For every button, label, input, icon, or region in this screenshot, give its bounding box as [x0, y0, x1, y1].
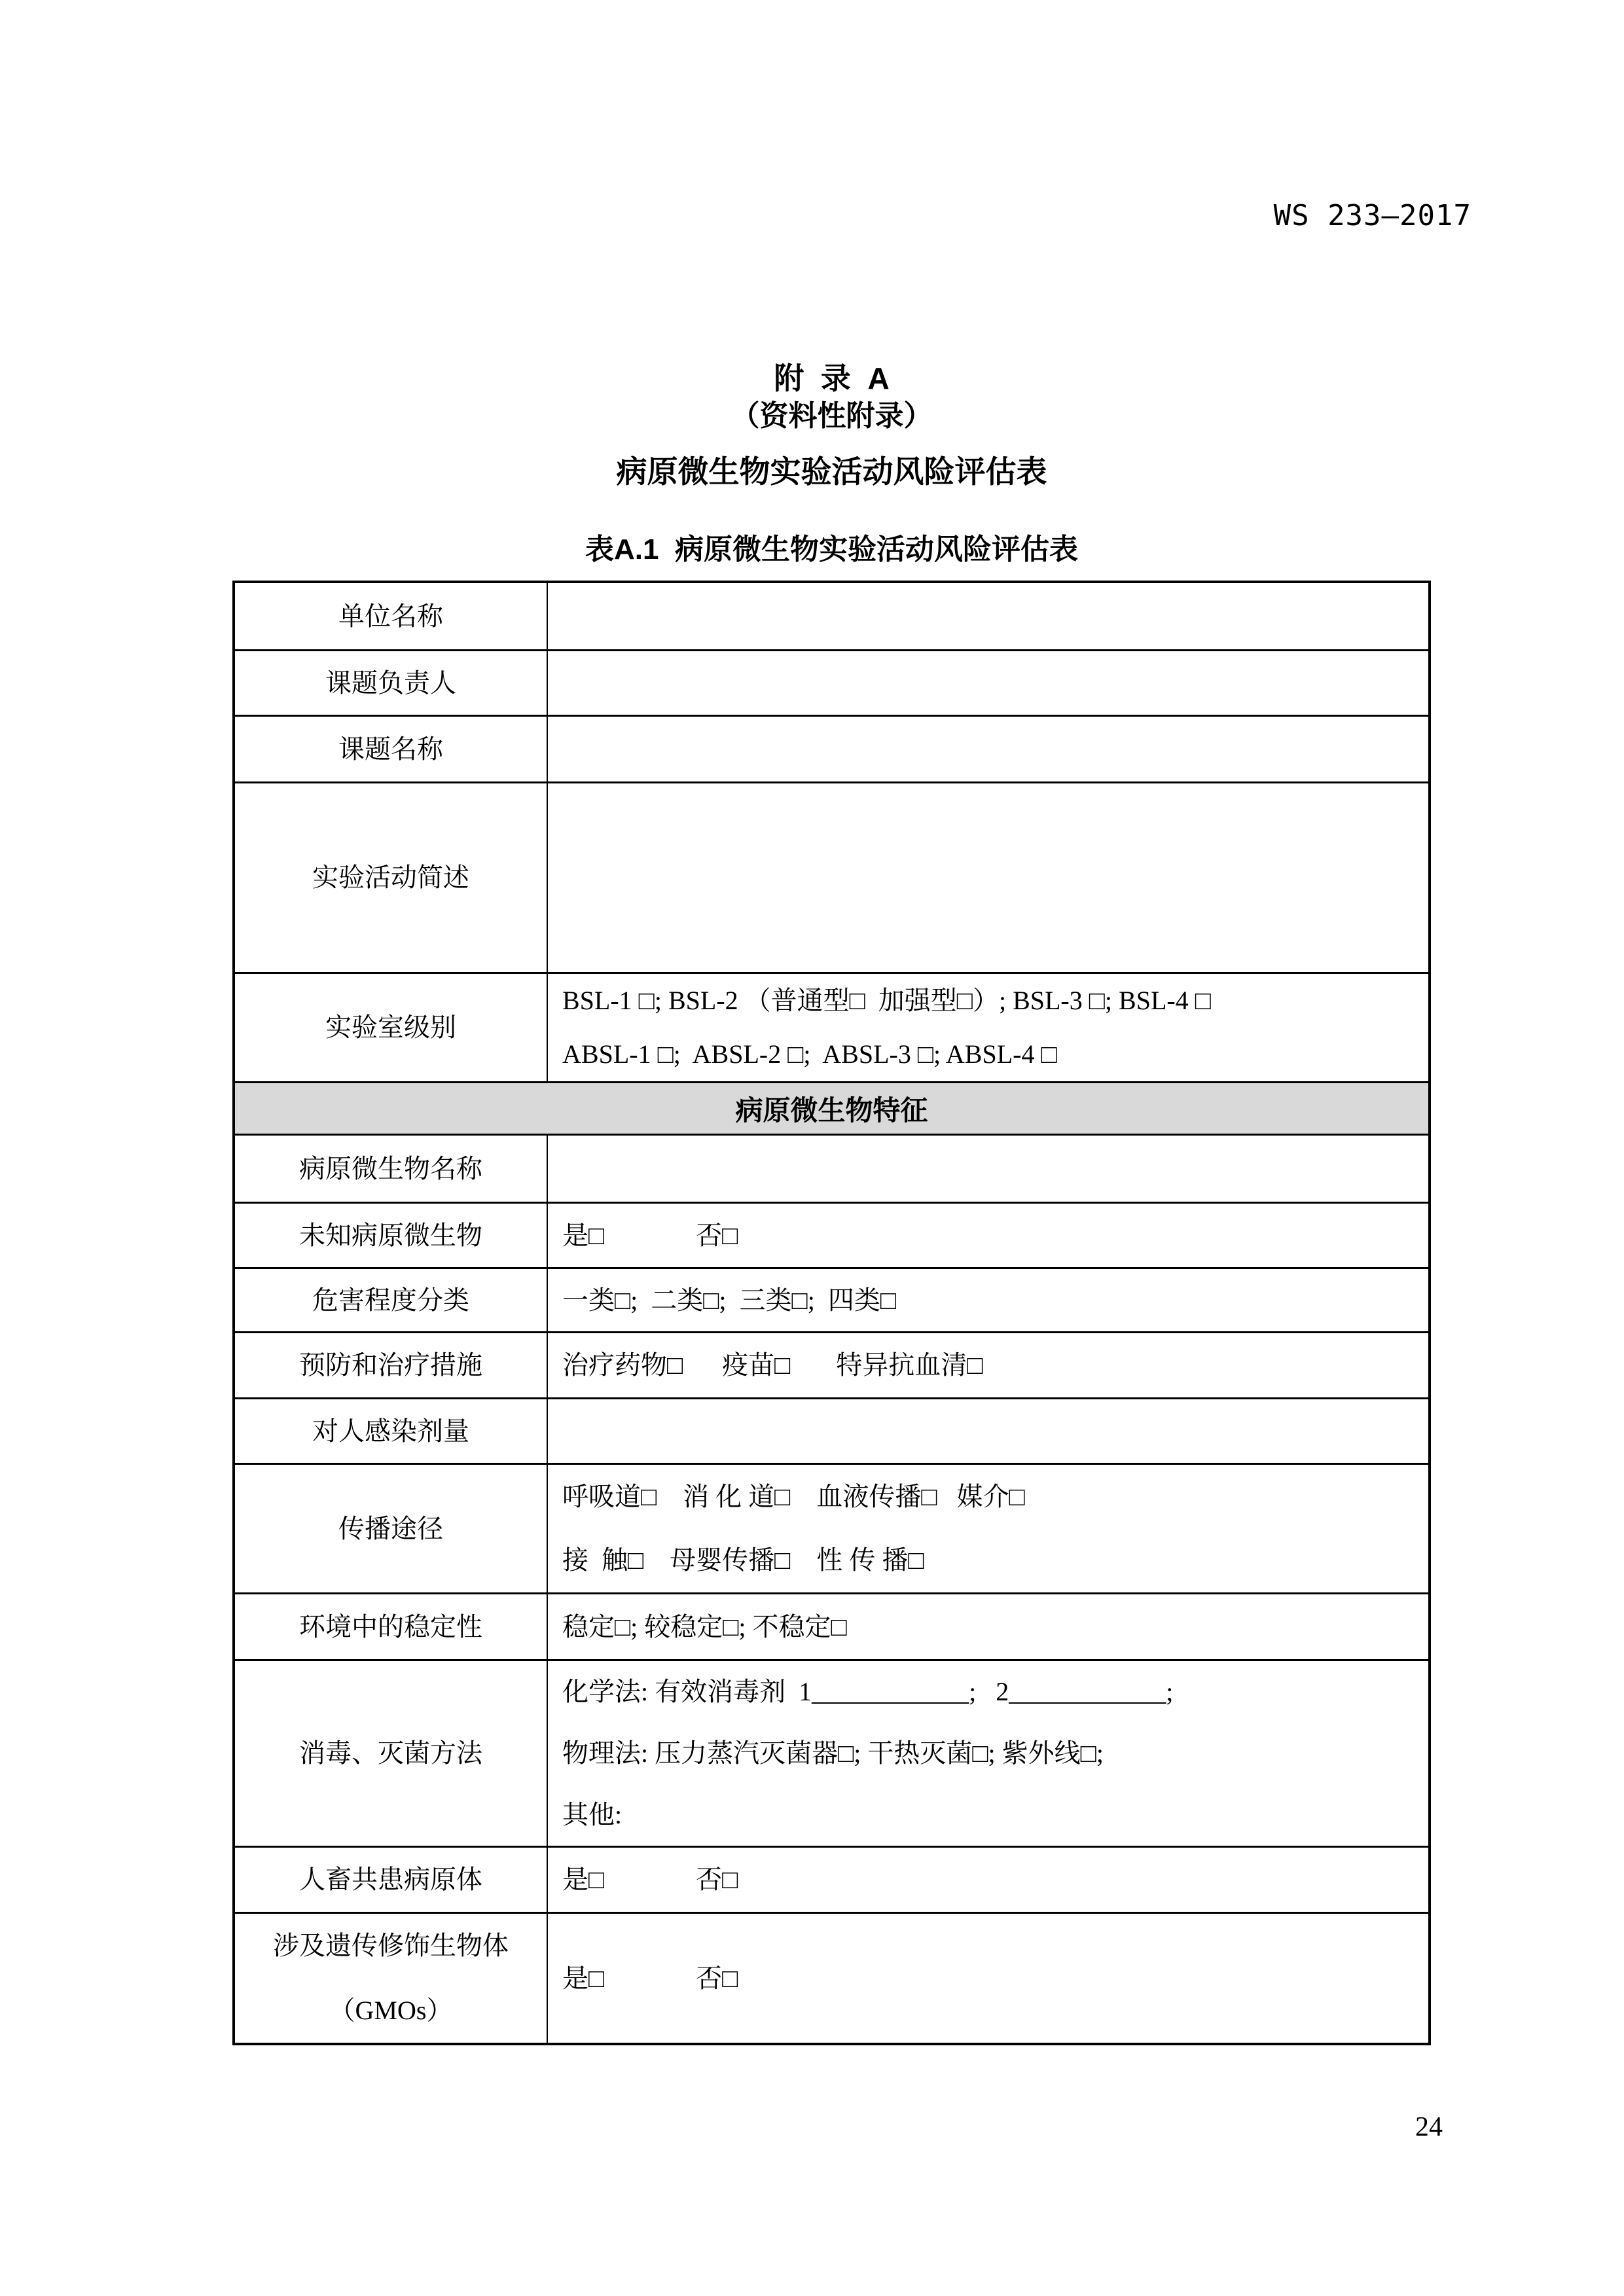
row-label: 实验活动简述: [235, 783, 548, 972]
row-value: [548, 583, 1428, 649]
row-label: 环境中的稳定性: [235, 1594, 548, 1659]
row-label: 病原微生物名称: [235, 1136, 548, 1202]
table-row-activity-description: 实验活动简述: [235, 781, 1428, 972]
row-label-line: （GMOs）: [329, 1994, 453, 2027]
row-value: [548, 651, 1428, 715]
row-value: 呼吸道□ 消 化 道□ 血液传播□ 媒介□ 接 触□ 母婴传播□ 性 传 播□: [548, 1465, 1428, 1592]
row-value: 是□ 否□: [548, 1204, 1428, 1267]
row-value-line: ABSL-1 □; ABSL-2 □; ABSL-3 □; ABSL-4 □: [562, 1038, 1415, 1071]
table-row-infectious-dose: 对人感染剂量: [235, 1397, 1428, 1463]
table-caption: 表A.1 病原微生物实验活动风险评估表: [232, 526, 1431, 567]
appendix-type-note: （资料性附录）: [232, 392, 1431, 434]
row-value-line: 是□ 否□: [562, 1219, 1415, 1252]
row-value-line: 是□ 否□: [562, 1863, 1415, 1896]
row-label-line: 涉及遗传修饰生物体: [273, 1929, 509, 1962]
row-value-line: 一类□; 二类□; 三类□; 四类□: [562, 1284, 1415, 1317]
table-section-header: 病原微生物特征: [235, 1081, 1428, 1134]
row-value: 稳定□; 较稳定□; 不稳定□: [548, 1594, 1428, 1659]
row-label: 课题负责人: [235, 651, 548, 715]
row-label: 未知病原微生物: [235, 1204, 548, 1267]
row-label: 消毒、灭菌方法: [235, 1661, 548, 1846]
row-value-line: 治疗药物□ 疫苗□ 特异抗血清□: [562, 1349, 1415, 1382]
row-value: [548, 783, 1428, 972]
row-value: 一类□; 二类□; 三类□; 四类□: [548, 1269, 1428, 1331]
row-value-line: 物理法: 压力蒸汽灭菌器□; 干热灭菌□; 紫外线□;: [562, 1737, 1415, 1770]
document-page: WS 233—2017 附 录 A （资料性附录） 病原微生物实验活动风险评估表…: [0, 0, 1624, 2296]
row-label: 实验室级别: [235, 974, 548, 1081]
table-row-hazard-class: 危害程度分类 一类□; 二类□; 三类□; 四类□: [235, 1267, 1428, 1331]
table-row-project-leader: 课题负责人: [235, 649, 1428, 715]
row-value: 是□ 否□: [548, 1848, 1428, 1912]
row-value-line: 稳定□; 较稳定□; 不稳定□: [562, 1611, 1415, 1643]
table-row-transmission-route: 传播途径 呼吸道□ 消 化 道□ 血液传播□ 媒介□ 接 触□ 母婴传播□ 性 …: [235, 1463, 1428, 1592]
appendix-title: 病原微生物实验活动风险评估表: [232, 448, 1431, 492]
row-value: 治疗药物□ 疫苗□ 特异抗血清□: [548, 1333, 1428, 1397]
row-value-line: 接 触□ 母婴传播□ 性 传 播□: [562, 1544, 1415, 1577]
row-label: 预防和治疗措施: [235, 1333, 548, 1397]
risk-assessment-table: 单位名称 课题负责人 课题名称 实验活动简述 实验室级别 BSL-1 □; BS…: [232, 581, 1431, 2045]
table-row-disinfection-methods: 消毒、灭菌方法 化学法: 有效消毒剂 1____________; 2_____…: [235, 1659, 1428, 1846]
row-label: 单位名称: [235, 583, 548, 649]
row-label: 传播途径: [235, 1465, 548, 1592]
table-row-project-title: 课题名称: [235, 715, 1428, 781]
row-label: 人畜共患病原体: [235, 1848, 548, 1912]
table-row-pathogen-name: 病原微生物名称: [235, 1134, 1428, 1202]
table-row-unknown-pathogen: 未知病原微生物 是□ 否□: [235, 1202, 1428, 1267]
row-label: 对人感染剂量: [235, 1399, 548, 1463]
table-row-environmental-stability: 环境中的稳定性 稳定□; 较稳定□; 不稳定□: [235, 1592, 1428, 1659]
row-value: [548, 1136, 1428, 1202]
page-number: 24: [1415, 2111, 1443, 2143]
row-value: 是□ 否□: [548, 1914, 1428, 2043]
table-row-prevention-treatment: 预防和治疗措施 治疗药物□ 疫苗□ 特异抗血清□: [235, 1331, 1428, 1397]
table-row-lab-level: 实验室级别 BSL-1 □; BSL-2 （普通型□ 加强型□）; BSL-3 …: [235, 972, 1428, 1081]
row-label: 课题名称: [235, 717, 548, 781]
row-value-line: 是□ 否□: [562, 1962, 1415, 1995]
row-value-line: 呼吸道□ 消 化 道□ 血液传播□ 媒介□: [562, 1480, 1415, 1513]
row-value: [548, 1399, 1428, 1463]
table-row-zoonotic-pathogen: 人畜共患病原体 是□ 否□: [235, 1846, 1428, 1912]
table-row-gmo: 涉及遗传修饰生物体 （GMOs） 是□ 否□: [235, 1912, 1428, 2043]
row-label: 涉及遗传修饰生物体 （GMOs）: [235, 1914, 548, 2043]
table-row-unit-name: 单位名称: [235, 583, 1428, 649]
row-label: 危害程度分类: [235, 1269, 548, 1331]
row-value-line: BSL-1 □; BSL-2 （普通型□ 加强型□）; BSL-3 □; BSL…: [562, 984, 1415, 1017]
standard-number: WS 233—2017: [1274, 199, 1471, 232]
row-value: [548, 717, 1428, 781]
row-value: 化学法: 有效消毒剂 1____________; 2____________;…: [548, 1661, 1428, 1846]
row-value-line: 化学法: 有效消毒剂 1____________; 2____________;: [562, 1676, 1415, 1708]
section-header-text: 病原微生物特征: [235, 1089, 1428, 1128]
row-value: BSL-1 □; BSL-2 （普通型□ 加强型□）; BSL-3 □; BSL…: [548, 974, 1428, 1081]
row-value-line: 其他:: [562, 1799, 1415, 1831]
